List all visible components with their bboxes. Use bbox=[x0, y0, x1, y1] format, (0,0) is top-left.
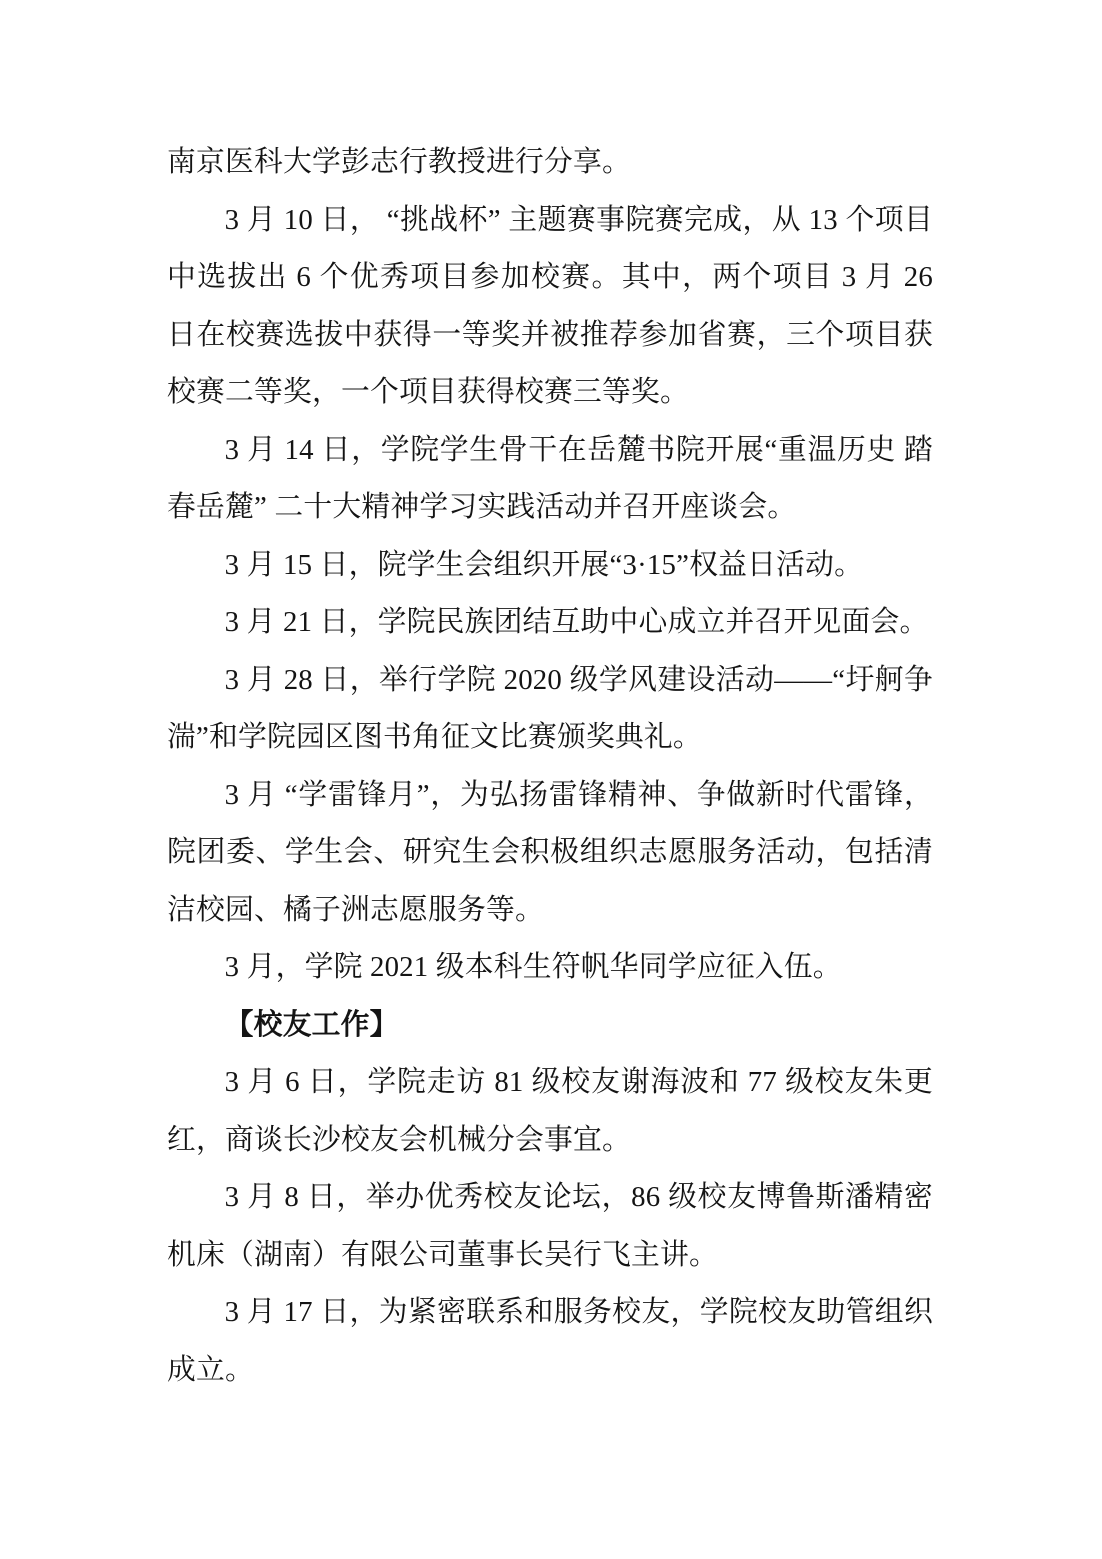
paragraph: 3 月 “学雷锋月”，为弘扬雷锋精神、争做新时代雷锋，院团委、学生会、研究生会积… bbox=[167, 767, 933, 940]
paragraph: 3 月 15 日，院学生会组织开展“3·15”权益日活动。 bbox=[167, 537, 933, 595]
paragraph: 3 月 17 日，为紧密联系和服务校友，学院校友助管组织成立。 bbox=[167, 1284, 933, 1399]
paragraph: 3 月 28 日，举行学院 2020 级学风建设活动——“圩舸争湍”和学院园区图… bbox=[167, 652, 933, 767]
document-page: 南京医科大学彭志行教授进行分享。3 月 10 日， “挑战杯” 主题赛事院赛完成… bbox=[0, 0, 1102, 1559]
paragraph: 3 月 6 日，学院走访 81 级校友谢海波和 77 级校友朱更红，商谈长沙校友… bbox=[167, 1054, 933, 1169]
document-body: 南京医科大学彭志行教授进行分享。3 月 10 日， “挑战杯” 主题赛事院赛完成… bbox=[167, 134, 933, 1399]
section-heading: 【校友工作】 bbox=[167, 997, 933, 1055]
paragraph: 3 月，学院 2021 级本科生符帆华同学应征入伍。 bbox=[167, 939, 933, 997]
paragraph: 3 月 21 日，学院民族团结互助中心成立并召开见面会。 bbox=[167, 594, 933, 652]
paragraph: 3 月 8 日，举办优秀校友论坛，86 级校友博鲁斯潘精密机床（湖南）有限公司董… bbox=[167, 1169, 933, 1284]
paragraph: 南京医科大学彭志行教授进行分享。 bbox=[167, 134, 933, 192]
paragraph: 3 月 10 日， “挑战杯” 主题赛事院赛完成，从 13 个项目中选拔出 6 … bbox=[167, 192, 933, 422]
paragraph: 3 月 14 日，学院学生骨干在岳麓书院开展“重温历史 踏春岳麓” 二十大精神学… bbox=[167, 422, 933, 537]
